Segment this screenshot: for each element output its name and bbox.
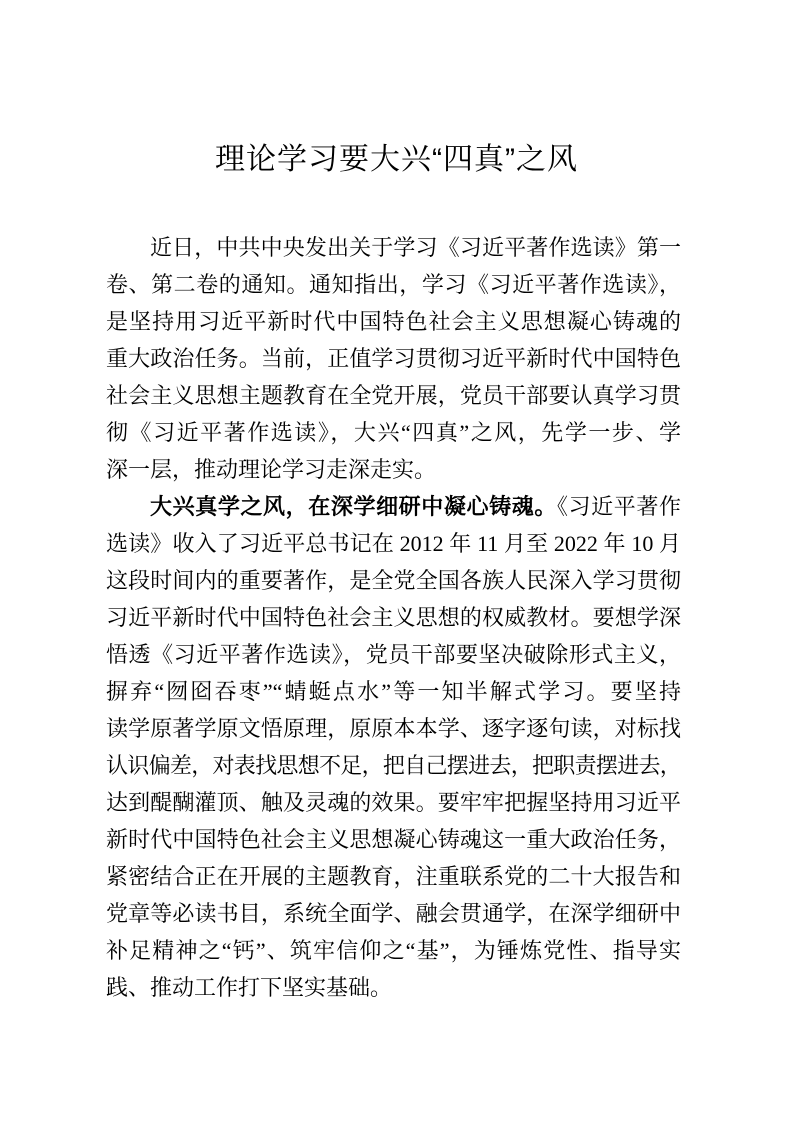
document-page: 理论学习要大兴“四真”之风 近日，中共中央发出关于学习《习近平著作选读》第一 卷… bbox=[0, 0, 793, 1122]
paragraph2-line: 党章等必读书目，系统全面学、融会贯通学，在深学细研中 bbox=[106, 895, 681, 932]
paragraph2-line: 认识偏差，对表找思想不足，把自己摆进去，把职责摆进去， bbox=[106, 747, 681, 784]
paragraph2-line: 悟透《习近平著作选读》，党员干部要坚决破除形式主义， bbox=[106, 636, 681, 673]
document-title: 理论学习要大兴“四真”之风 bbox=[0, 137, 793, 183]
paragraph2-lead-rest: 《习近平著作 bbox=[557, 494, 681, 519]
paragraph2-line: 新时代中国特色社会主义思想凝心铸魂这一重大政治任务， bbox=[106, 821, 681, 858]
paragraph1-line: 重大政治任务。当前，正值学习贯彻习近平新时代中国特色 bbox=[106, 340, 681, 377]
paragraph2-line: 选读》收入了习近平总书记在 2012 年 11 月至 2022 年 10 月 bbox=[106, 525, 681, 562]
paragraph1-line: 深一层，推动理论学习走深走实。 bbox=[106, 451, 681, 488]
paragraph2-line: 大兴真学之风，在深学细研中凝心铸魂。《习近平著作 bbox=[106, 488, 681, 525]
paragraph2-line: 紧密结合正在开展的主题教育，注重联系党的二十大报告和 bbox=[106, 858, 681, 895]
paragraph2-line: 达到醍醐灌顶、触及灵魂的效果。要牢牢把握坚持用习近平 bbox=[106, 784, 681, 821]
paragraph1-line: 卷、第二卷的通知。通知指出，学习《习近平著作选读》， bbox=[106, 266, 681, 303]
paragraph2-lead-bold: 大兴真学之风，在深学细研中凝心铸魂。 bbox=[150, 494, 557, 519]
paragraph2-line: 摒弃“囫囵吞枣”“蜻蜓点水”等一知半解式学习。要坚持 bbox=[106, 673, 681, 710]
paragraph1-line: 彻《习近平著作选读》，大兴“四真”之风，先学一步、学 bbox=[106, 414, 681, 451]
paragraph1-line: 近日，中共中央发出关于学习《习近平著作选读》第一 bbox=[106, 229, 681, 266]
paragraph2-line: 读学原著学原文悟原理，原原本本学、逐字逐句读，对标找 bbox=[106, 710, 681, 747]
paragraph2-line: 这段时间内的重要著作，是全党全国各族人民深入学习贯彻 bbox=[106, 562, 681, 599]
paragraph2-line: 习近平新时代中国特色社会主义思想的权威教材。要想学深 bbox=[106, 599, 681, 636]
paragraph2-line: 践、推动工作打下坚实基础。 bbox=[106, 969, 681, 1006]
paragraph1-line: 是坚持用习近平新时代中国特色社会主义思想凝心铸魂的 bbox=[106, 303, 681, 340]
paragraph1-line: 社会主义思想主题教育在全党开展，党员干部要认真学习贯 bbox=[106, 377, 681, 414]
document-body: 近日，中共中央发出关于学习《习近平著作选读》第一 卷、第二卷的通知。通知指出，学… bbox=[106, 229, 681, 1006]
paragraph2-line: 补足精神之“钙”、筑牢信仰之“基”，为锤炼党性、指导实 bbox=[106, 932, 681, 969]
